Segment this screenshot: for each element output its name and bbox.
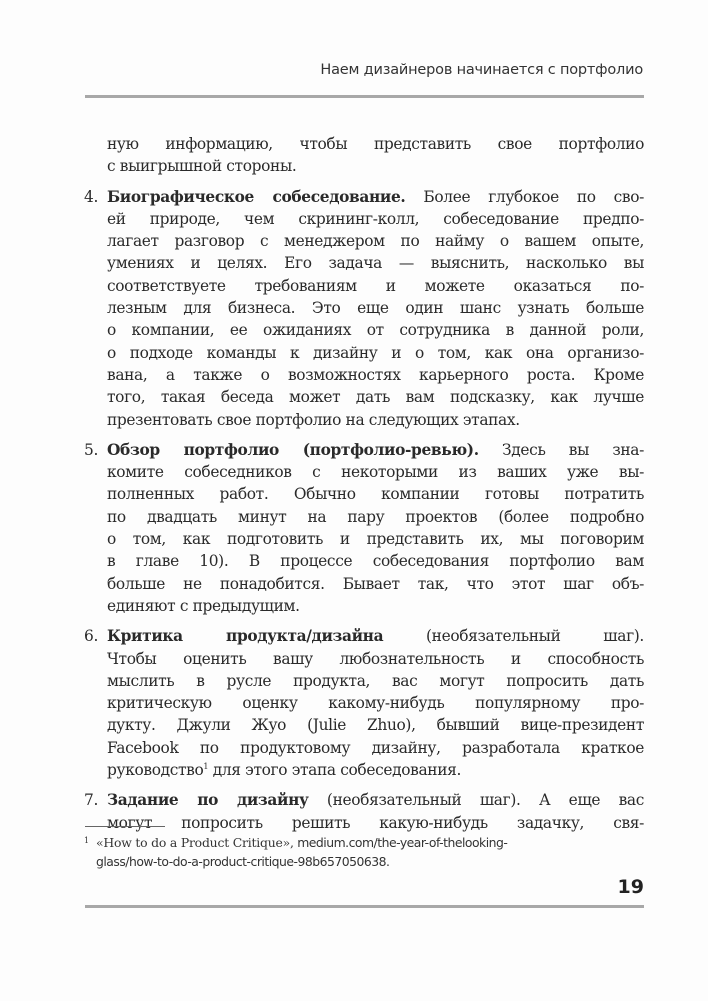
- text-line: дукту. Джули Жуо (Julie Zhuo), бывший ви…: [107, 714, 644, 736]
- text-line: (необязательный шаг).: [383, 627, 644, 645]
- text-line: полненных работ. Обычно компании готовы …: [107, 483, 644, 505]
- text-line: Здесь вы зна-: [479, 441, 644, 459]
- footnote-separator: [85, 826, 165, 827]
- text-line: соответствуете требованиям и можете оказ…: [107, 275, 644, 297]
- text-line: Facebook по продуктовому дизайну, разраб…: [107, 737, 644, 759]
- item-title: Критика продукта/дизайна: [107, 627, 383, 645]
- text-line: о подходе команды к дизайну и о том, как…: [107, 342, 644, 364]
- list-number: 4.: [84, 186, 98, 208]
- text-line: Более глубокое по сво-: [405, 188, 644, 206]
- list-item-7: 7. Задание по дизайну (необязательный ша…: [84, 789, 644, 834]
- page-body: ную информацию, чтобы представить свое п…: [84, 133, 644, 834]
- page-number: 19: [618, 876, 644, 898]
- text-line: ную информацию, чтобы представить свое п…: [107, 133, 644, 155]
- text-line: комите собеседников с некоторыми из ваши…: [107, 461, 644, 483]
- list-number: 7.: [84, 789, 98, 811]
- text-line: с выигрышной стороны.: [107, 155, 644, 177]
- text-line: Чтобы оценить вашу любознательность и сп…: [107, 648, 644, 670]
- text-line: ей природе, чем скрининг-колл, собеседов…: [107, 208, 644, 230]
- footnote: 1 «How to do a Product Critique», medium…: [84, 834, 624, 871]
- text-line: для этого этапа собеседования.: [208, 761, 461, 779]
- item-title: Биографическое собеседование.: [107, 188, 405, 206]
- text-line: презентовать свое портфолио на следующих…: [107, 409, 644, 431]
- text-line: лезным для бизнеса. Это еще один шанс уз…: [107, 297, 644, 319]
- footnote-mark: 1: [84, 832, 89, 851]
- text-line: больше не понадобится. Бывает так, что э…: [107, 573, 644, 595]
- text-line: в главе 10). В процессе собеседования по…: [107, 550, 644, 572]
- continuation-paragraph: ную информацию, чтобы представить свое п…: [84, 133, 644, 178]
- header-rule: [85, 95, 644, 98]
- text-line: о компании, ее ожиданиях от сотрудника в…: [107, 319, 644, 341]
- text-line: мыслить в русле продукта, вас могут попр…: [107, 670, 644, 692]
- text-line: могут попросить решить какую-нибудь зада…: [107, 812, 644, 834]
- footnote-url: medium.com/the-year-of-thelooking-: [294, 835, 508, 850]
- text-line: руководство: [107, 761, 203, 779]
- list-item-4: 4. Биографическое собеседование. Более г…: [84, 186, 644, 431]
- list-number: 6.: [84, 625, 98, 647]
- text-line: лагает разговор с менеджером по найму о …: [107, 230, 644, 252]
- item-title: Задание по дизайну: [107, 791, 309, 809]
- list-item-6: 6. Критика продукта/дизайна (необязатель…: [84, 625, 644, 781]
- text-line: того, такая беседа может дать вам подска…: [107, 386, 644, 408]
- running-header-title: Наем дизайнеров начинается с портфолио: [320, 62, 643, 78]
- text-line: вана, а также о возможностях карьерного …: [107, 364, 644, 386]
- list-item-5: 5. Обзор портфолио (портфолио-ревью). Зд…: [84, 439, 644, 617]
- text-line: о том, как подготовить и представить их,…: [107, 528, 644, 550]
- footnote-url-continued: glass/how-to-do-a-product-critique-98b65…: [96, 854, 390, 869]
- footer-rule: [85, 905, 644, 908]
- item-title: Обзор портфолио (портфолио-ревью).: [107, 441, 479, 459]
- list-number: 5.: [84, 439, 98, 461]
- text-line: (необязательный шаг). А еще вас: [309, 791, 645, 809]
- footnote-title: «How to do a Product Critique»,: [96, 835, 294, 850]
- text-line: критическую оценку какому-нибудь популяр…: [107, 692, 644, 714]
- text-line: единяют с предыдущим.: [107, 595, 644, 617]
- text-line: по двадцать минут на пару проектов (боле…: [107, 506, 644, 528]
- text-line: умениях и целях. Его задача — выяснить, …: [107, 252, 644, 274]
